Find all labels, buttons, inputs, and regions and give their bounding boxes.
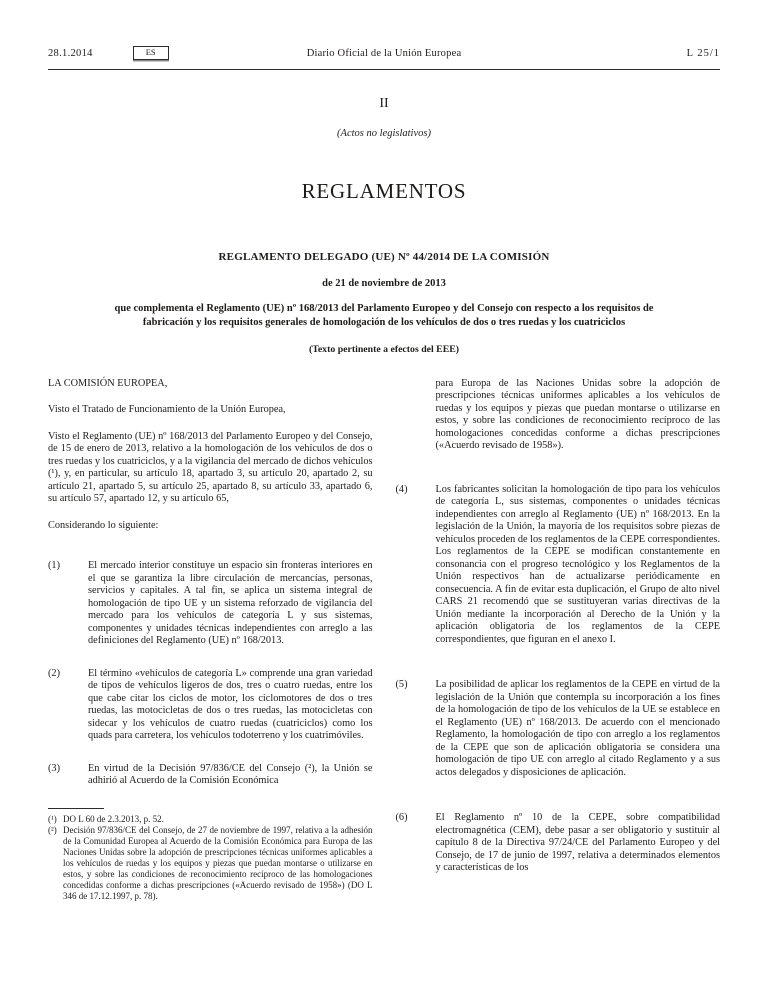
recital-text: El término «vehículos de categoría L» co… xyxy=(88,668,373,743)
continuation-paragraph: para Europa de las Naciones Unidas sobre… xyxy=(436,378,721,453)
recital-text: El mercado interior constituye un espaci… xyxy=(88,560,373,648)
language-code-box: ES xyxy=(133,46,169,60)
eee-relevance-note: (Texto pertinente a efectos del EEE) xyxy=(48,344,720,355)
two-column-body: LA COMISIÓN EUROPEA, Visto el Tratado de… xyxy=(48,378,720,908)
regulation-title: REGLAMENTO DELEGADO (UE) Nº 44/2014 DE L… xyxy=(48,251,720,263)
page-header: 28.1.2014 ES Diario Oficial de la Unión … xyxy=(48,46,720,70)
regulation-date: de 21 de noviembre de 2013 xyxy=(48,278,720,289)
section-heading: REGLAMENTOS xyxy=(48,179,720,204)
footnote: (¹) DO L 60 de 2.3.2013, p. 52. xyxy=(48,814,373,825)
recital-text: Los fabricantes solicitan la homologació… xyxy=(436,484,721,647)
recital-text: El Reglamento nº 10 de la CEPE, sobre co… xyxy=(436,812,721,875)
recital-text: En virtud de la Decisión 97/836/CE del C… xyxy=(88,763,373,788)
document-page: 28.1.2014 ES Diario Oficial de la Unión … xyxy=(0,0,768,994)
recital-number: (3) xyxy=(48,763,88,788)
recital-number: (2) xyxy=(48,668,88,743)
intro-paragraph: LA COMISIÓN EUROPEA, xyxy=(48,378,373,391)
regulation-subject: que complementa el Reglamento (UE) nº 16… xyxy=(102,302,667,330)
recital: (6) El Reglamento nº 10 de la CEPE, sobr… xyxy=(396,812,721,875)
footnote-number: (¹) xyxy=(48,814,63,825)
right-column: para Europa de las Naciones Unidas sobre… xyxy=(396,378,721,908)
footnote-separator xyxy=(48,808,104,809)
intro-paragraph: Considerando lo siguiente: xyxy=(48,520,373,533)
recital: (1) El mercado interior constituye un es… xyxy=(48,560,373,648)
intro-paragraph: Visto el Tratado de Funcionamiento de la… xyxy=(48,404,373,417)
acts-note: (Actos no legislativos) xyxy=(48,128,720,139)
recital-number: (5) xyxy=(396,679,436,779)
recital: (5) La posibilidad de aplicar los reglam… xyxy=(396,679,721,779)
footnote-number: (²) xyxy=(48,825,63,902)
recital-number: (6) xyxy=(396,812,436,875)
recital: (3) En virtud de la Decisión 97/836/CE d… xyxy=(48,763,373,788)
footnote-text: DO L 60 de 2.3.2013, p. 52. xyxy=(63,814,373,825)
section-numeral: II xyxy=(48,96,720,112)
recital-text: La posibilidad de aplicar los reglamento… xyxy=(436,679,721,779)
page-reference: L 25/1 xyxy=(687,48,720,59)
recital: (4) Los fabricantes solicitan la homolog… xyxy=(396,484,721,647)
recital-number: (1) xyxy=(48,560,88,648)
left-column: LA COMISIÓN EUROPEA, Visto el Tratado de… xyxy=(48,378,373,908)
publication-date: 28.1.2014 xyxy=(48,48,93,59)
act-heading: REGLAMENTO DELEGADO (UE) Nº 44/2014 DE L… xyxy=(48,251,720,355)
intro-paragraph: Visto el Reglamento (UE) nº 168/2013 del… xyxy=(48,431,373,506)
footnote-text: Decisión 97/836/CE del Consejo, de 27 de… xyxy=(63,825,373,902)
footnote: (²) Decisión 97/836/CE del Consejo, de 2… xyxy=(48,825,373,902)
recital: (2) El término «vehículos de categoría L… xyxy=(48,668,373,743)
recital-number: (4) xyxy=(396,484,436,647)
